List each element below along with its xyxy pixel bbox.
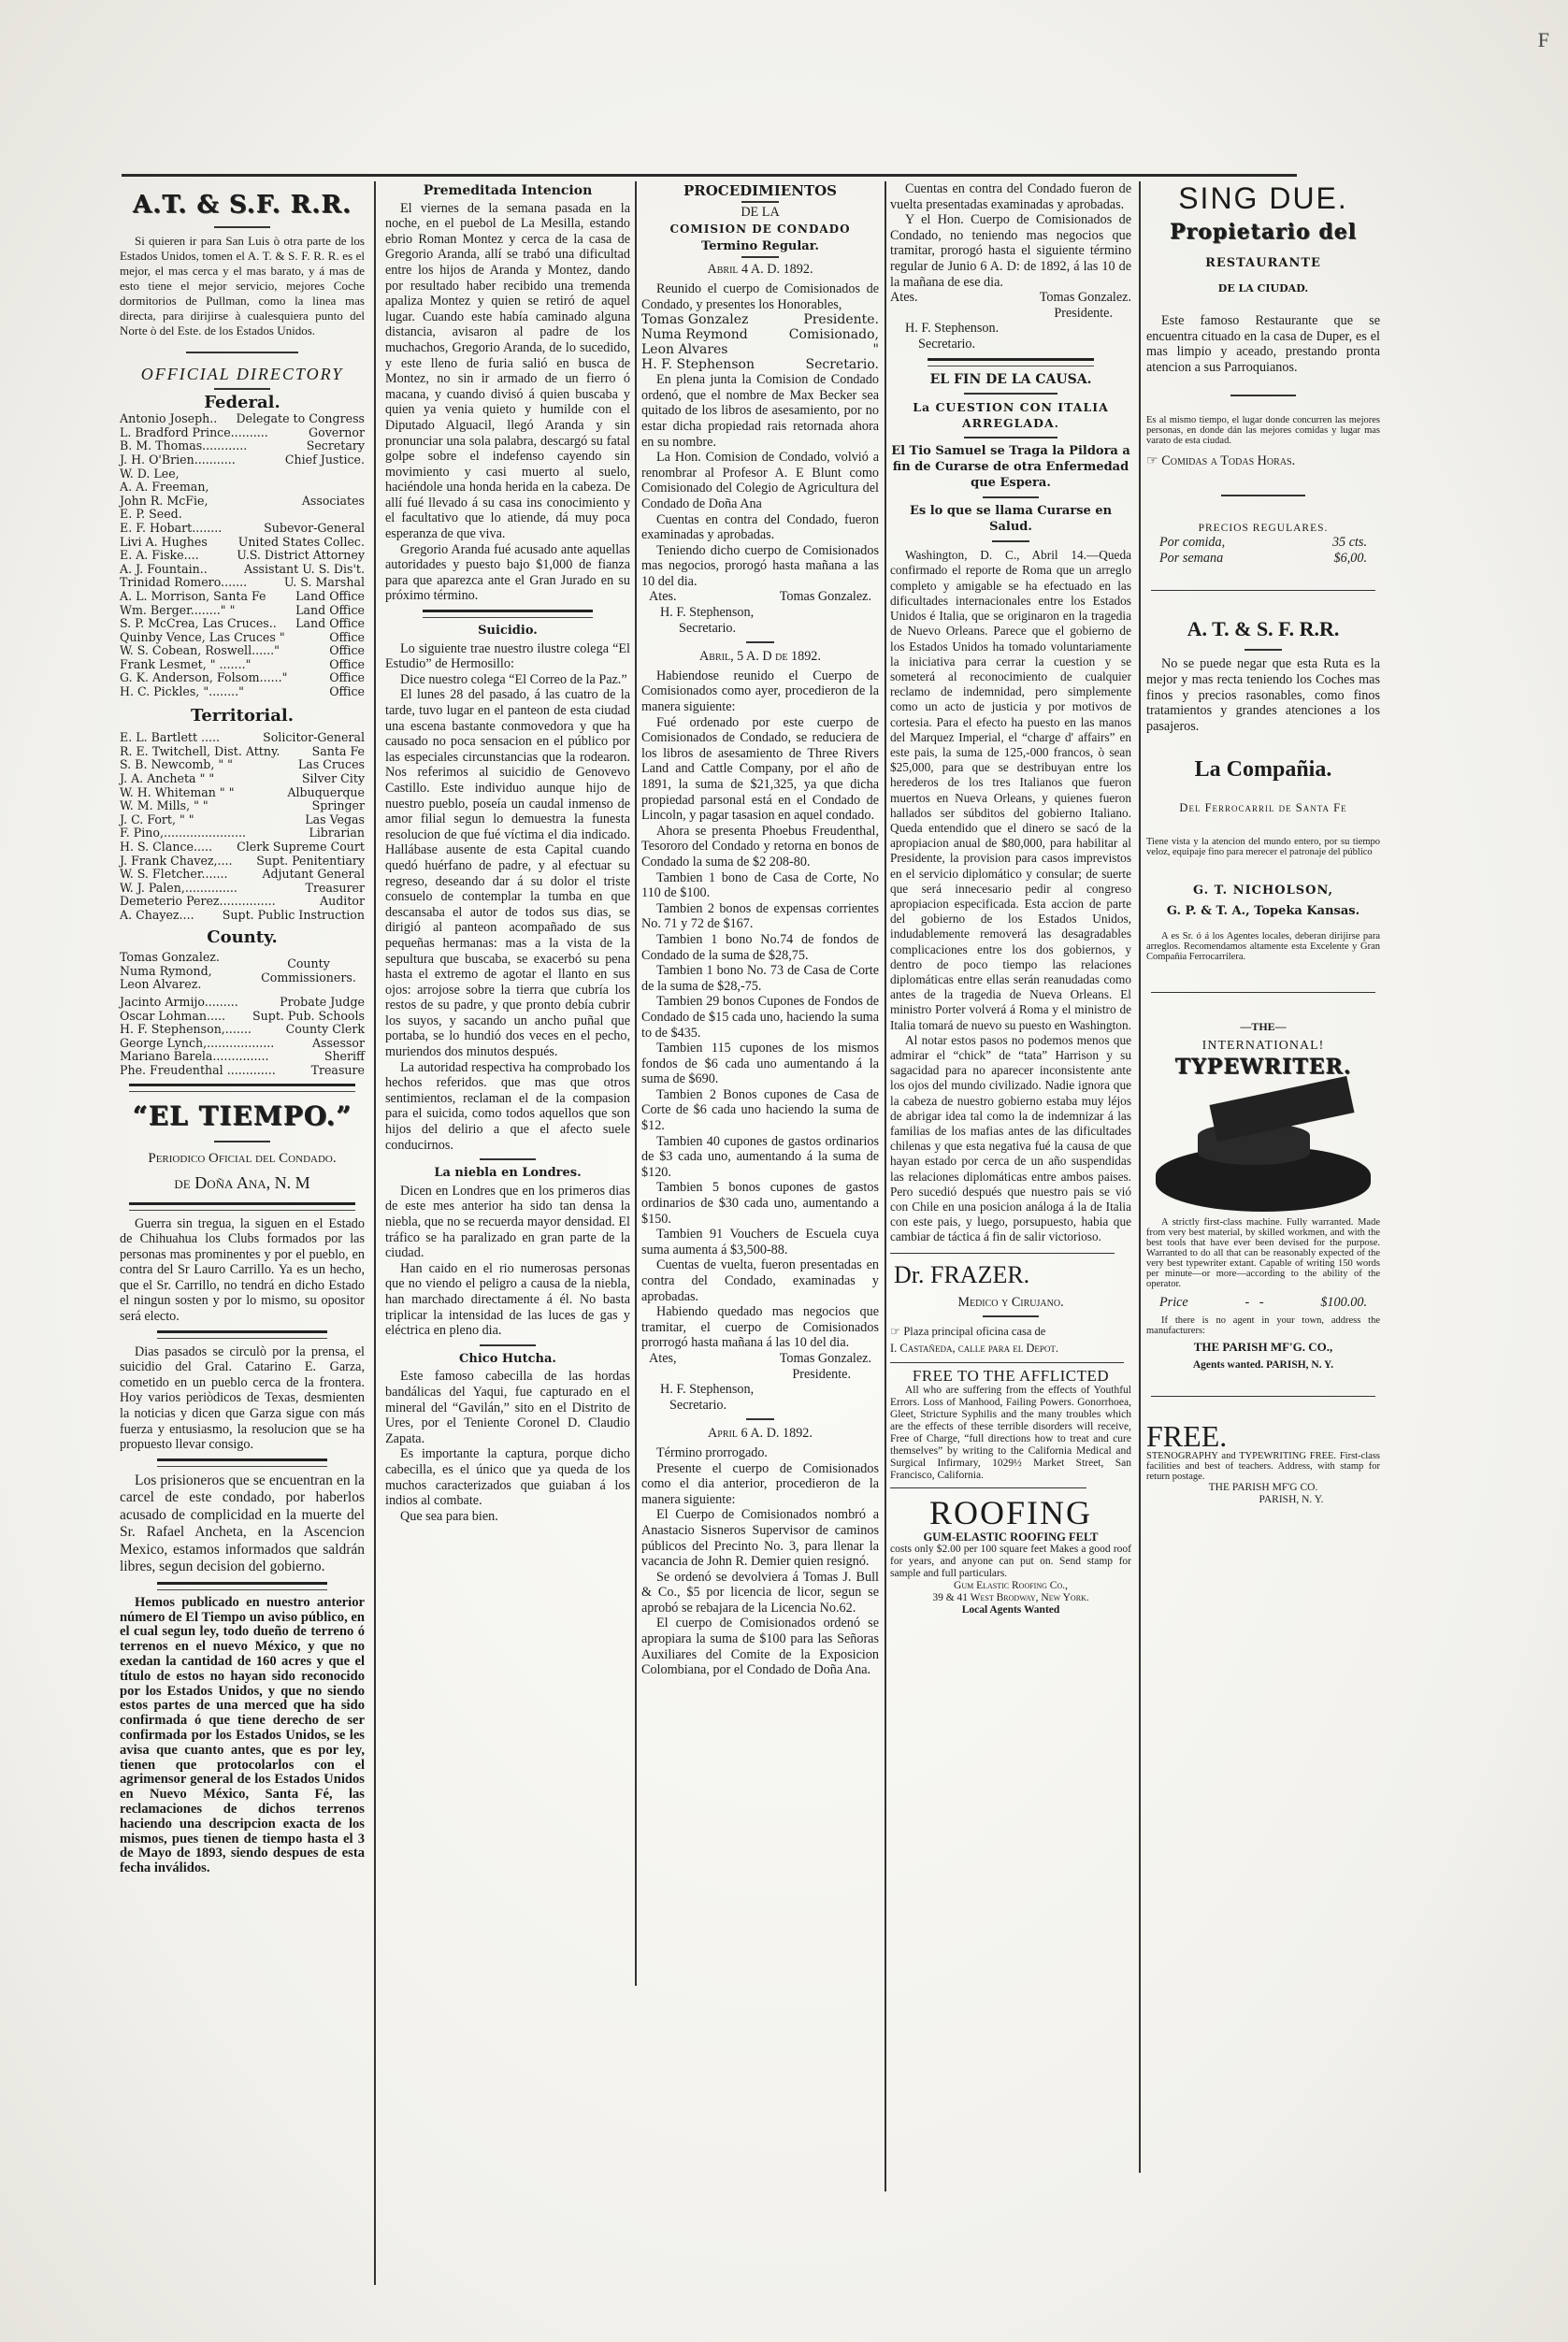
- member-row: Leon Alvares": [641, 342, 879, 357]
- secretary-name: H. F. Stephenson.: [890, 321, 1131, 337]
- frazer-address: ☞ Plaza principal oficina casa de: [890, 1323, 1131, 1340]
- entry-value: Office: [329, 631, 365, 645]
- president-role: Presidente.: [641, 1367, 879, 1383]
- newspaper-page: F A.T. & S.F. R.R. Si quieren ir para Sa…: [0, 0, 1568, 2342]
- directory-row: George Lynch,..................Assessor: [120, 1037, 365, 1051]
- column-divider: [885, 181, 886, 2191]
- entry-name: Leon Alvares: [641, 342, 727, 357]
- comision-heading: COMISION DE CONDADO: [641, 222, 879, 237]
- federal-directory: Antonio Joseph..Delegate to CongressL. B…: [120, 412, 365, 698]
- entry-value: Sheriff: [324, 1050, 365, 1064]
- entry-value: Presidente.: [803, 312, 879, 327]
- price-row: Por comida,35 cts.: [1146, 535, 1380, 551]
- roofing-address: 39 & 41 West Brodway, New York.: [890, 1592, 1131, 1604]
- directory-row: W. D. Lee,: [120, 467, 365, 481]
- typewriter-agent-text: If there is no agent in your town, addre…: [1146, 1315, 1380, 1336]
- directory-row: E. A. Fiske....U.S. District Attorney: [120, 549, 365, 563]
- entry-name: S. P. McCrea, Las Cruces..: [120, 617, 277, 631]
- divider: [1151, 590, 1375, 591]
- article-dias: Dias pasados se circulò por la prensa, e…: [120, 1344, 365, 1453]
- directory-row: Frank Lesmet, " ......."Office: [120, 658, 365, 672]
- niebla-text-2: Han caido en el rio numerosas personas q…: [385, 1261, 630, 1339]
- federal-heading: Federal.: [120, 395, 365, 411]
- divider: [214, 388, 270, 390]
- procedimientos-sub: DE LA: [641, 205, 879, 221]
- propietario-heading: Propietario del: [1146, 217, 1380, 247]
- atsf-heading: A.T. & S.F. R.R.: [120, 189, 365, 221]
- entry-value: Assistant U. S. Dis't.: [244, 563, 365, 577]
- entry-value: Assessor: [312, 1037, 365, 1051]
- secretary-role: Secretario.: [890, 337, 1131, 352]
- typewriter-heading: TYPEWRITER.: [1146, 1059, 1380, 1075]
- suicidio-text-3: El lunes 28 del pasado, á las cuatro de …: [385, 687, 630, 1059]
- entry-value: Subevor-General: [264, 522, 365, 536]
- proc-text: El cuerpo de Comisionados ordenó se apro…: [641, 1616, 879, 1677]
- entry-name: Oscar Lohman.....: [120, 1010, 225, 1024]
- chico-heading: Chico Hutcha.: [385, 1352, 630, 1368]
- entry-name: Wm. Berger........" ": [120, 604, 235, 618]
- double-rule: [928, 358, 1094, 366]
- directory-row: A. J. Fountain..Assistant U. S. Dis't.: [120, 563, 365, 577]
- signature: Ates.Tomas Gonzalez.: [890, 290, 1131, 306]
- entry-name: W. S. Cobean, Roswell......": [120, 644, 280, 658]
- divider: [983, 1315, 1039, 1317]
- entry-value: Las Cruces: [298, 758, 365, 772]
- entry-name: Tomas Gonzalez: [641, 312, 748, 327]
- proc-text: Tambien 5 bonos cupones de gastos ordina…: [641, 1180, 879, 1227]
- directory-row: W. J. Palen,..............Treasurer: [120, 882, 365, 896]
- typewriter-illustration: [1156, 1081, 1371, 1212]
- entry-value: Solicitor-General: [263, 731, 365, 745]
- restaurant-text: Este famoso Restaurante que se encuentra…: [1146, 313, 1380, 375]
- member-row: Tomas GonzalezPresidente.: [641, 312, 879, 327]
- entry-name: Livi A. Hughes: [120, 536, 208, 550]
- entry-name: H. F. Stephenson: [641, 357, 755, 372]
- directory-row: Phe. Freudenthal .............Treasure: [120, 1064, 365, 1078]
- entry-value: Land Office: [295, 604, 365, 618]
- directory-row: G. K. Anderson, Folsom......"Office: [120, 671, 365, 685]
- nicholson-title: G. P. & T. A., Topeka Kansas.: [1146, 904, 1380, 920]
- entry-value: Probate Judge: [280, 996, 365, 1010]
- tio-samuel-heading: El Tio Samuel se Traga la Pildora a fin …: [890, 444, 1131, 491]
- free-location: PARISH, N. Y.: [1146, 1494, 1380, 1506]
- proc-text: Tambien 29 bonos Cupones de Fondos de Co…: [641, 994, 879, 1041]
- entry-name: L. Bradford Prince..........: [120, 426, 268, 440]
- entry-value: Land Office: [295, 617, 365, 631]
- restaurante-heading: RESTAURANTE: [1146, 256, 1380, 272]
- entry-value: Auditor: [320, 895, 365, 909]
- proc-text: Presente el cuerpo de Comisionados como …: [641, 1461, 879, 1508]
- directory-row: J. Frank Chavez,....Supt. Penitentiary: [120, 855, 365, 869]
- date-april-6: April 6 A. D. 1892.: [641, 1426, 879, 1442]
- territorial-heading: Territorial.: [120, 709, 365, 725]
- roofing-agents: Local Agents Wanted: [890, 1604, 1131, 1616]
- directory-row: A. Chayez....Supt. Public Instruction: [120, 909, 365, 923]
- entry-name: Phe. Freudenthal .............: [120, 1064, 276, 1078]
- chico-text-2: Es importante la captura, porque dicho c…: [385, 1446, 630, 1508]
- article-hemos: Hemos publicado en nuestro anterior núme…: [120, 1596, 365, 1876]
- entry-value: Comisionado,: [789, 327, 879, 342]
- date-abril-4: Abril 4 A. D. 1892.: [641, 262, 879, 278]
- free-text: STENOGRAPHY and TYPEWRITING FREE. First-…: [1146, 1451, 1380, 1482]
- entry-name: W. J. Palen,..............: [120, 882, 237, 896]
- price-row: Por semana$6,00.: [1146, 551, 1380, 567]
- directory-row: R. E. Twitchell, Dist. Attny.Santa Fe: [120, 745, 365, 759]
- entry-value: ": [873, 342, 879, 357]
- proc-text: Ahora se presenta Phoebus Freudenthal, T…: [641, 824, 879, 870]
- county-commissioners: Tomas Gonzalez.Numa Rymond,Leon Alvarez.…: [120, 951, 365, 992]
- signature: Ates.Tomas Gonzalez.: [641, 589, 879, 605]
- entry-value: Delegate to Congress: [236, 412, 365, 426]
- proc-text: Tambien 91 Vouchers de Escuela cuya suma…: [641, 1227, 879, 1257]
- divider: [964, 437, 1057, 438]
- entry-value: Land Office: [295, 590, 365, 604]
- typewriter-price: Price- -$100.00.: [1146, 1295, 1380, 1311]
- proc-text: Tambien 2 Bonos cupones de Casa de Corte…: [641, 1087, 879, 1134]
- proc-text: Se ordenó se devolviera á Tomas J. Bull …: [641, 1570, 879, 1616]
- commissioner-names: Tomas Gonzalez.Numa Rymond,Leon Alvarez.: [120, 951, 220, 992]
- directory-row: Wm. Berger........" "Land Office: [120, 604, 365, 618]
- directory-row: Mariano Barela...............Sheriff: [120, 1050, 365, 1064]
- roofing-subheading: GUM-ELASTIC ROOFING FELT: [890, 1531, 1131, 1544]
- proc-text: Tambien 1 bono No.74 de fondos de Condad…: [641, 932, 879, 963]
- entry-name: E. L. Bartlett .....: [120, 731, 220, 745]
- niebla-text-1: Dicen en Londres que en los primeros dia…: [385, 1184, 630, 1261]
- divider: [1151, 992, 1375, 993]
- entry-name: A. J. Fountain..: [120, 563, 208, 577]
- entry-name: Mariano Barela...............: [120, 1050, 268, 1064]
- commissioner-name: Leon Alvarez.: [120, 978, 220, 992]
- frazer-title: Medico y Cirujano.: [890, 1295, 1131, 1311]
- directory-row: J. H. O'Brien...........Chief Justice.: [120, 453, 365, 467]
- divider: [1230, 395, 1296, 396]
- divider: [1221, 495, 1305, 496]
- atsf2-text: No se puede negar que esta Ruta es la me…: [1146, 656, 1380, 734]
- suicidio-text-2: Dice nuestro colega “El Correo de la Paz…: [385, 672, 630, 688]
- proc-text: Reunido el cuerpo de Comisionados de Con…: [641, 281, 879, 312]
- proc-text: Habiendose reunido el Cuerpo de Comision…: [641, 668, 879, 715]
- entry-name: W. D. Lee,: [120, 467, 180, 481]
- proc-text: Tambien 40 cupones de gastos ordinarios …: [641, 1134, 879, 1181]
- nicholson-text: A es Sr. ó á los Agentes locales, debera…: [1146, 931, 1380, 962]
- entry-name: A. A. Freeman,: [120, 481, 209, 495]
- entry-value: Treasurer: [306, 882, 365, 896]
- secretary-name: H. F. Stephenson,: [641, 605, 879, 621]
- entry-name: George Lynch,..................: [120, 1037, 274, 1051]
- divider: [746, 1418, 774, 1420]
- double-rule: [129, 1202, 355, 1211]
- double-rule: [157, 1330, 327, 1339]
- entry-name: Numa Reymond: [641, 327, 748, 342]
- precios-heading: PRECIOS REGULARES.: [1146, 523, 1380, 535]
- afflicted-ad-text: All who are suffering from the effects o…: [890, 1385, 1131, 1482]
- directory-row: J. A. Ancheta " "Silver City: [120, 772, 365, 786]
- directory-title: OFFICIAL DIRECTORY: [120, 366, 365, 382]
- washington-article-2: Al notar estos pasos no podemos menos qu…: [890, 1033, 1131, 1245]
- directory-row: H. C. Pickles, "........"Office: [120, 685, 365, 699]
- entry-name: E. P. Seed.: [120, 508, 182, 522]
- date-abril-5: Abril, 5 A. D de 1892.: [641, 649, 879, 665]
- directory-row: Trinidad Romero.......U. S. Marshal: [120, 576, 365, 590]
- procedimientos-heading: PROCEDIMIENTOS: [641, 183, 879, 199]
- typewriter-international: INTERNATIONAL!: [1146, 1039, 1380, 1055]
- entry-value: Treasure: [311, 1064, 365, 1078]
- directory-row: F. Pino,......................Librarian: [120, 826, 365, 841]
- atsf-ad-text: Si quieren ir para San Luis ò otra parte…: [120, 234, 365, 338]
- free-company: THE PARISH MF'G CO.: [1146, 1482, 1380, 1494]
- president-role: Presidente.: [890, 306, 1131, 322]
- entry-value: U.S. District Attorney: [237, 549, 365, 563]
- divider: [890, 1253, 1115, 1254]
- masthead-location: de Doña Ana, N. M: [120, 1169, 365, 1197]
- directory-row: A. L. Morrison, Santa FeLand Office: [120, 590, 365, 604]
- entry-name: E. F. Hobart........: [120, 522, 222, 536]
- entry-name: J. Frank Chavez,....: [120, 855, 233, 869]
- double-rule: [157, 1582, 327, 1590]
- termino-heading: Termino Regular.: [641, 239, 879, 255]
- afflicted-heading: FREE TO THE AFFLICTED: [890, 1369, 1131, 1385]
- county-heading: County.: [120, 930, 365, 946]
- proc-continued: Y el Hon. Cuerpo de Comisionados de Cond…: [890, 212, 1131, 290]
- entry-value: Las Vegas: [305, 813, 365, 827]
- double-rule: [423, 610, 593, 618]
- directory-row: W. S. Fletcher.......Adjutant General: [120, 868, 365, 882]
- chico-text-3: Que sea para bien.: [385, 1509, 630, 1525]
- ferrocarril-text: Tiene vista y la atencion del mundo ente…: [1146, 837, 1380, 857]
- divider: [214, 1141, 270, 1142]
- entry-name: A. Chayez....: [120, 909, 194, 923]
- entry-name: John R. McFie,: [120, 495, 209, 509]
- proc-text: La Hon. Comision de Condado, volvió a re…: [641, 450, 879, 511]
- column-5: SING DUE. Propietario del RESTAURANTE DE…: [1146, 181, 1380, 1506]
- entry-value: Springer: [312, 799, 365, 813]
- article-prisioneros: Los prisioneros que se encuentran en la …: [120, 1473, 365, 1576]
- roofing-text: costs only $2.00 per 100 square feet Mak…: [890, 1544, 1131, 1580]
- roofing-company: Gum Elastic Roofing Co.,: [890, 1580, 1131, 1592]
- entry-value: Secretario.: [806, 357, 879, 372]
- directory-row: W. M. Mills, " "Springer: [120, 799, 365, 813]
- proc-text: Habiendo quedado mas negocios que tramit…: [641, 1304, 879, 1351]
- divider: [890, 1487, 1086, 1488]
- directory-row: W. S. Cobean, Roswell......"Office: [120, 644, 365, 658]
- double-rule: [157, 1458, 327, 1467]
- column-4: Cuentas en contra del Condado fueron de …: [890, 181, 1131, 1616]
- signature: Ates,Tomas Gonzalez.: [641, 1351, 879, 1367]
- column-1: A.T. & S.F. R.R. Si quieren ir para San …: [120, 181, 365, 1876]
- proc-text: Cuentas de vuelta, fueron presentadas en…: [641, 1257, 879, 1304]
- divider: [983, 496, 1039, 498]
- entry-value: Albuquerque: [287, 786, 365, 800]
- directory-row: Demeterio Perez...............Auditor: [120, 895, 365, 909]
- article-guerra: Guerra sin tregua, la siguen en el Estad…: [120, 1216, 365, 1325]
- entry-name: W. H. Whiteman " ": [120, 786, 235, 800]
- entry-value: Adjutant General: [262, 868, 365, 882]
- typewriter-the: —THE—: [1146, 1021, 1380, 1033]
- directory-row: Quinby Vence, Las Cruces "Office: [120, 631, 365, 645]
- entry-value: Governor: [309, 426, 365, 440]
- entry-value: U. S. Marshal: [284, 576, 365, 590]
- sing-due-heading: SING DUE.: [1146, 181, 1380, 215]
- entry-name: R. E. Twitchell, Dist. Attny.: [120, 745, 280, 759]
- parish-company: THE PARISH MF'G. CO.,: [1146, 1340, 1380, 1356]
- column-2: Premeditada Intencion El viernes de la s…: [385, 181, 630, 1524]
- member-row: Numa ReymondComisionado,: [641, 327, 879, 342]
- comidas-line: ☞ Comidas a Todas Horas.: [1146, 453, 1380, 469]
- entry-name: S. B. Newcomb, " ": [120, 758, 233, 772]
- territorial-directory: E. L. Bartlett .....Solicitor-GeneralR. …: [120, 731, 365, 922]
- member-row: H. F. StephensonSecretario.: [641, 357, 879, 372]
- commission-members: Tomas GonzalezPresidente.Numa ReymondCom…: [641, 312, 879, 372]
- suicidio-text-4: La autoridad respectiva ha comprobado lo…: [385, 1060, 630, 1154]
- proc-text: Teniendo dicho cuerpo de Comisionados ma…: [641, 543, 879, 590]
- commissioner-name: Numa Rymond,: [120, 965, 220, 979]
- entry-name: H. C. Pickles, "........": [120, 685, 244, 699]
- commissioner-name: Tomas Gonzalez.: [120, 951, 220, 965]
- italia-heading: La CUESTION CON ITALIA ARREGLADA.: [890, 400, 1131, 431]
- entry-value: County Clerk: [286, 1023, 365, 1037]
- premeditada-text: El viernes de la semana pasada en la noc…: [385, 201, 630, 542]
- entry-name: F. Pino,......................: [120, 826, 246, 841]
- top-rule: [122, 174, 1297, 177]
- premeditada-heading: Premeditada Intencion: [385, 183, 630, 199]
- restaurant-text-2: Es al mismo tiempo, el lugar donde concu…: [1146, 415, 1380, 446]
- directory-row: L. Bradford Prince..........Governor: [120, 426, 365, 440]
- chico-text-1: Este famoso cabecilla de las hordas band…: [385, 1369, 630, 1446]
- compania-heading: La Compañia.: [1146, 762, 1380, 778]
- proc-text: Tambien 115 cupones de los mismos fondos…: [641, 1041, 879, 1087]
- entry-name: E. A. Fiske....: [120, 549, 199, 563]
- county-directory: Jacinto Armijo.........Probate JudgeOsca…: [120, 996, 365, 1078]
- entry-name: H. F. Stephenson,.......: [120, 1023, 252, 1037]
- proc-text: Tambien 2 bonos de expensas corrientes N…: [641, 901, 879, 932]
- proc-text: Cuentas en contra del Condado, fueron ex…: [641, 512, 879, 543]
- divider: [214, 226, 270, 228]
- column-divider: [374, 181, 376, 2285]
- entry-name: Demeterio Perez...............: [120, 895, 276, 909]
- entry-value: Office: [329, 671, 365, 685]
- proc-text: Fué ordenado por este cuerpo de Comision…: [641, 715, 879, 824]
- entry-name: Jacinto Armijo.........: [120, 996, 238, 1010]
- entry-name: W. S. Fletcher.......: [120, 868, 228, 882]
- directory-row: Jacinto Armijo.........Probate Judge: [120, 996, 365, 1010]
- proc-text: Tambien 1 bono No. 73 de Casa de Corte d…: [641, 963, 879, 994]
- page-corner-mark: F: [1538, 28, 1549, 52]
- entry-value: United States Collec.: [238, 536, 365, 550]
- directory-row: E. P. Seed.: [120, 508, 365, 522]
- divider: [992, 540, 1029, 542]
- entry-value: Chief Justice.: [285, 453, 365, 467]
- free-stenography-ad: FREE.: [1146, 1421, 1380, 1451]
- free-heading: FREE.: [1146, 1421, 1227, 1451]
- premeditada-text-2: Gregorio Aranda fué acusado ante aquella…: [385, 542, 630, 604]
- roofing-heading: ROOFING: [890, 1494, 1131, 1531]
- entry-value: Office: [329, 644, 365, 658]
- directory-row: A. A. Freeman,: [120, 481, 365, 495]
- directory-row: Oscar Lohman.....Supt. Pub. Schools: [120, 1010, 365, 1024]
- directory-row: B. M. Thomas............Secretary: [120, 439, 365, 453]
- entry-value: Librarian: [309, 826, 365, 841]
- divider: [1151, 1396, 1375, 1397]
- entry-value: Silver City: [302, 772, 365, 786]
- niebla-heading: La niebla en Londres.: [385, 1166, 630, 1182]
- secretary-role: Secretario.: [641, 621, 879, 637]
- directory-row: Antonio Joseph..Delegate to Congress: [120, 412, 365, 426]
- divider: [480, 1344, 536, 1346]
- entry-name: Trinidad Romero.......: [120, 576, 247, 590]
- entry-name: Antonio Joseph..: [120, 412, 217, 426]
- frazer-address-2: I. Castañeda, calle para el Depot.: [890, 1340, 1131, 1357]
- washington-article: Washington, D. C., Abril 14.—Queda confi…: [890, 548, 1131, 1033]
- column-divider: [635, 181, 637, 1986]
- precios-list: Por comida,35 cts.Por semana$6,00.: [1146, 535, 1380, 566]
- divider: [480, 1158, 536, 1160]
- parish-location: Agents wanted. PARISH, N. Y.: [1146, 1359, 1380, 1372]
- suicidio-text-1: Lo siguiente trae nuestro ilustre colega…: [385, 641, 630, 672]
- entry-name: Quinby Vence, Las Cruces ": [120, 631, 285, 645]
- entry-value: Clerk Supreme Court: [237, 841, 365, 855]
- entry-value: Associates: [302, 495, 365, 509]
- entry-name: J. A. Ancheta " ": [120, 772, 214, 786]
- directory-row: S. B. Newcomb, " "Las Cruces: [120, 758, 365, 772]
- divider: [1244, 649, 1282, 651]
- entry-value: Office: [329, 658, 365, 672]
- directory-row: W. H. Whiteman " "Albuquerque: [120, 786, 365, 800]
- entry-name: B. M. Thomas............: [120, 439, 247, 453]
- divider: [741, 201, 779, 203]
- directory-row: E. F. Hobart........Subevor-General: [120, 522, 365, 536]
- el-tiempo-masthead: “EL TIEMPO.”: [120, 1098, 365, 1135]
- proc-text: En plena junta la Comision de Condado or…: [641, 372, 879, 450]
- directory-row: John R. McFie,Associates: [120, 495, 365, 509]
- secretary-role: Secretario.: [641, 1398, 879, 1414]
- entry-name: G. K. Anderson, Folsom......": [120, 671, 287, 685]
- entry-name: W. M. Mills, " ": [120, 799, 209, 813]
- proc-text: Término prorrogado.: [641, 1445, 879, 1461]
- ferrocarril-heading: Del Ferrocarril de Santa Fe: [1146, 800, 1380, 816]
- directory-row: H. S. Clance.....Clerk Supreme Court: [120, 841, 365, 855]
- divider: [964, 393, 1057, 395]
- entry-value: Supt. Public Instruction: [223, 909, 365, 923]
- entry-name: A. L. Morrison, Santa Fe: [120, 590, 266, 604]
- entry-name: H. S. Clance.....: [120, 841, 212, 855]
- proc-text: El Cuerpo de Comisionados nombró a Anast…: [641, 1507, 879, 1569]
- masthead-subtitle: Periodico Oficial del Condado.: [120, 1148, 365, 1169]
- entry-value: Supt. Penitentiary: [256, 855, 365, 869]
- directory-row: H. F. Stephenson,.......County Clerk: [120, 1023, 365, 1037]
- divider: [186, 352, 298, 353]
- directory-row: S. P. McCrea, Las Cruces..Land Office: [120, 617, 365, 631]
- curarse-heading: Es lo que se llama Curarse en Salud.: [890, 504, 1131, 535]
- divider: [741, 256, 779, 258]
- ciudad-heading: DE LA CIUDAD.: [1146, 281, 1380, 297]
- atsf2-heading: A. T. & S. F. R.R.: [1146, 615, 1380, 643]
- frazer-name: Dr. FRAZER.: [890, 1261, 1131, 1289]
- column-divider: [1139, 181, 1141, 2173]
- divider: [746, 641, 774, 643]
- secretary-name: H. F. Stephenson,: [641, 1382, 879, 1398]
- entry-name: Frank Lesmet, " .......": [120, 658, 251, 672]
- column-3: PROCEDIMIENTOS DE LA COMISION DE CONDADO…: [641, 181, 879, 1678]
- proc-continued: Cuentas en contra del Condado fueron de …: [890, 181, 1131, 212]
- entry-name: J. H. O'Brien...........: [120, 453, 236, 467]
- nicholson-name: G. T. NICHOLSON,: [1146, 884, 1380, 899]
- fin-causa-heading: EL FIN DE LA CAUSA.: [890, 372, 1131, 388]
- entry-value: Supt. Pub. Schools: [252, 1010, 365, 1024]
- directory-row: E. L. Bartlett .....Solicitor-General: [120, 731, 365, 745]
- double-rule: [129, 1084, 355, 1092]
- entry-name: J. C. Fort, " ": [120, 813, 194, 827]
- commissioner-office: County Commissioners.: [252, 957, 365, 984]
